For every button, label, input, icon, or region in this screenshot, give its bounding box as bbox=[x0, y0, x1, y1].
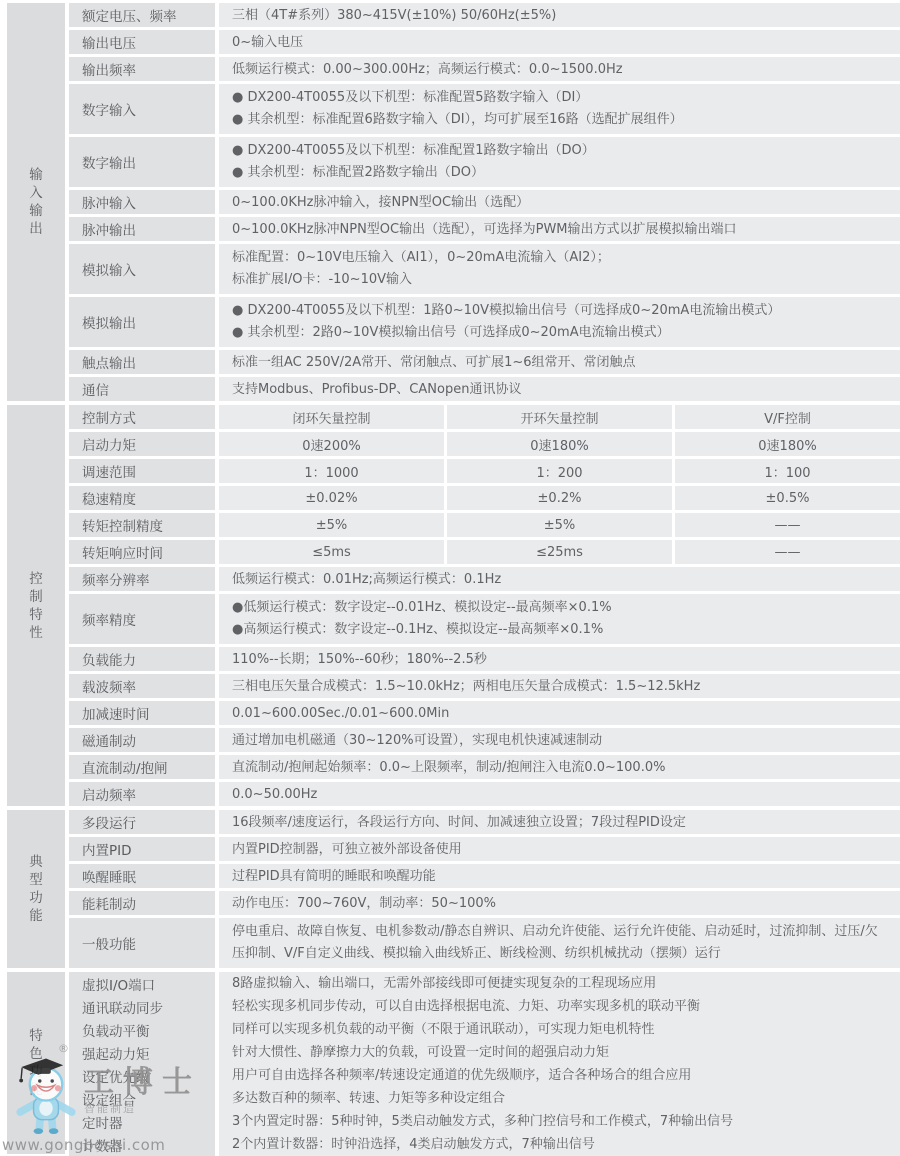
value-cell: ±5% bbox=[219, 513, 444, 537]
value-cell: 16段频率/速度运行，各段运行方向、时间、加减速独立设置；7段过程PID设定 bbox=[219, 810, 900, 834]
value-line: 110%--长期；150%--60秒；180%--2.5秒 bbox=[232, 648, 890, 671]
value-line: 0~输入电压 bbox=[232, 31, 890, 54]
value-cell: 110%--长期；150%--60秒；180%--2.5秒 bbox=[219, 647, 900, 671]
value-cell: —— bbox=[675, 513, 900, 537]
param-cell: 模拟输入 bbox=[69, 244, 215, 294]
value-line: 三相（4T#系列）380~415V(±10%) 50/60Hz(±5%) bbox=[232, 4, 890, 27]
value-cell: 0~100.0KHz脉冲NPN型OC输出（选配），可选择为PWM输出方式以扩展模… bbox=[219, 217, 900, 241]
param-cell: 通信 bbox=[69, 377, 215, 401]
value-cell: 闭环矢量控制 bbox=[219, 405, 444, 429]
spec-row: 加减速时间0.01~600.00Sec./0.01~600.0Min bbox=[69, 701, 900, 725]
value-cell: 针对大惯性、静摩擦力大的负载，可设置一定时间的超强启动力矩 bbox=[219, 1041, 900, 1064]
spec-row: 频率精度●低频运行模式：数字设定--0.01Hz、模拟设定--最高频率×0.1%… bbox=[69, 594, 900, 644]
value-cell: 0.01~600.00Sec./0.01~600.0Min bbox=[219, 701, 900, 725]
spec-row: 能耗制动动作电压：700~760V，制动率：50~100% bbox=[69, 891, 900, 915]
value-cell: 3个内置定时器：5种时钟，5类启动触发方式，多种门控信号和工作模式，7种输出信号 bbox=[219, 1110, 900, 1133]
value-cells: 闭环矢量控制开环矢量控制V/F控制 bbox=[219, 405, 900, 429]
spec-row: 载波频率三相电压矢量合成模式：1.5~10.0kHz；两相电压矢量合成模式：1.… bbox=[69, 674, 900, 698]
value-line: 低频运行模式：0.00~300.00Hz；高频运行模式：0.0~1500.0Hz bbox=[232, 58, 890, 81]
param-cell: 启动频率 bbox=[69, 782, 215, 806]
value-cell: 动作电压：700~760V，制动率：50~100% bbox=[219, 891, 900, 915]
param-cell: 计数器 bbox=[69, 1133, 215, 1156]
group-label-char: 出 bbox=[29, 221, 43, 237]
value-cell: 0速180% bbox=[675, 432, 900, 456]
value-cell: 标准配置：0~10V电压输入（AI1），0~20mA电流输入（AI2）；标准扩展… bbox=[219, 244, 900, 294]
value-cell: —— bbox=[675, 540, 900, 564]
value-line: 轻松实现多机同步传动，可以自由选择根据电流、力矩、功率实现多机的联动平衡 bbox=[232, 995, 890, 1018]
spec-row: 模拟输出● DX200-4T0055及以下机型：1路0~10V模拟输出信号（可选… bbox=[69, 297, 900, 347]
spec-row: 多段运行16段频率/速度运行，各段运行方向、时间、加减速独立设置；7段过程PID… bbox=[69, 810, 900, 834]
param-cell: 通讯联动同步 bbox=[69, 995, 215, 1018]
param-cell: 输出频率 bbox=[69, 57, 215, 81]
param-cell: 强起动力矩 bbox=[69, 1041, 215, 1064]
value-cell: 0速180% bbox=[447, 432, 672, 456]
value-cell: 低频运行模式：0.00~300.00Hz；高频运行模式：0.0~1500.0Hz bbox=[219, 57, 900, 81]
value-cell: ≤5ms bbox=[219, 540, 444, 564]
value-cell: 三相电压矢量合成模式：1.5~10.0kHz；两相电压矢量合成模式：1.5~12… bbox=[219, 674, 900, 698]
spec-row: 虚拟I/O端口8路虚拟输入、输出端口，无需外部接线即可便捷实现复杂的工程现场应用 bbox=[69, 972, 900, 993]
value-cell: 0.0~50.00Hz bbox=[219, 782, 900, 806]
group-label-char: 控 bbox=[29, 571, 43, 587]
value-cell: ±0.2% bbox=[447, 486, 672, 510]
value-cell: 1：1000 bbox=[219, 459, 444, 483]
param-cell: 内置PID bbox=[69, 837, 215, 861]
value-line: 0~100.0KHz脉冲输入，接NPN型OC输出（选配） bbox=[232, 191, 890, 214]
section-group-label: 典型功能 bbox=[7, 810, 65, 968]
value-line: 内置PID控制器，可独立被外部设备使用 bbox=[232, 838, 890, 861]
group-label-char: 性 bbox=[29, 625, 43, 641]
spec-row: 直流制动/抱闸直流制动/抱闸起始频率：0.0~上限频率，制动/抱闸注入电流0.0… bbox=[69, 755, 900, 779]
value-line: 低频运行模式：0.01Hz;高频运行模式：0.1Hz bbox=[232, 568, 890, 591]
param-cell: 调速范围 bbox=[69, 459, 215, 483]
value-line: ● DX200-4T0055及以下机型：标准配置5路数字输入（DI） bbox=[232, 87, 890, 109]
value-cell: 2个内置计数器：时钟沿选择，4类启动触发方式，7种输出信号 bbox=[219, 1133, 900, 1156]
spec-row: 负载能力110%--长期；150%--60秒；180%--2.5秒 bbox=[69, 647, 900, 671]
value-line: 2个内置计数器：时钟沿选择，4类启动触发方式，7种输出信号 bbox=[232, 1133, 890, 1156]
value-line: 支持Modbus、Profibus-DP、CANopen通讯协议 bbox=[232, 378, 890, 401]
group-label-char: 功 bbox=[29, 890, 43, 906]
value-line: ● 其余机型：标准配置2路数字输出（DO） bbox=[232, 162, 890, 184]
spec-row: 数字输出● DX200-4T0055及以下机型：标准配置1路数字输出（DO）● … bbox=[69, 137, 900, 187]
section-group-label: 控制特性 bbox=[7, 405, 65, 806]
value-line: ● DX200-4T0055及以下机型：标准配置1路数字输出（DO） bbox=[232, 140, 890, 162]
value-cell: 标准一组AC 250V/2A常开、常闭触点、可扩展1~6组常开、常闭触点 bbox=[219, 350, 900, 374]
param-cell: 脉冲输出 bbox=[69, 217, 215, 241]
value-cell: ● DX200-4T0055及以下机型：标准配置1路数字输出（DO）● 其余机型… bbox=[219, 137, 900, 187]
group-label-char: 入 bbox=[29, 185, 43, 201]
value-cell: 停电重启、故障自恢复、电机参数动/静态自辨识、启动允许使能、运行允许使能、启动延… bbox=[219, 918, 900, 968]
value-line: ●高频运行模式：数字设定--0.1Hz、模拟设定--最高频率×0.1% bbox=[232, 619, 890, 641]
spec-row: 频率分辨率低频运行模式：0.01Hz;高频运行模式：0.1Hz bbox=[69, 567, 900, 591]
value-cells: ≤5ms≤25ms—— bbox=[219, 540, 900, 564]
spec-row: 额定电压、频率三相（4T#系列）380~415V(±10%) 50/60Hz(±… bbox=[69, 3, 900, 27]
spec-row: 通信支持Modbus、Profibus-DP、CANopen通讯协议 bbox=[69, 377, 900, 401]
value-cell: 0~输入电压 bbox=[219, 30, 900, 54]
value-line: 标准配置：0~10V电压输入（AI1），0~20mA电流输入（AI2）； bbox=[232, 247, 890, 269]
value-line: ● 其余机型：2路0~10V模拟输出信号（可选择成0~20mA电流输出模式） bbox=[232, 322, 890, 344]
spec-section: 输入输出额定电压、频率三相（4T#系列）380~415V(±10%) 50/60… bbox=[7, 3, 900, 401]
value-line: ●低频运行模式：数字设定--0.01Hz、模拟设定--最高频率×0.1% bbox=[232, 597, 890, 619]
param-cell: 频率精度 bbox=[69, 594, 215, 644]
value-cell: ● DX200-4T0055及以下机型：1路0~10V模拟输出信号（可选择成0~… bbox=[219, 297, 900, 347]
spec-row: 内置PID内置PID控制器，可独立被外部设备使用 bbox=[69, 837, 900, 861]
value-line: 0.0~50.00Hz bbox=[232, 783, 890, 806]
group-label-char: 制 bbox=[29, 589, 43, 605]
param-cell: 设定组合 bbox=[69, 1087, 215, 1110]
value-cell: ±0.02% bbox=[219, 486, 444, 510]
group-label-char: 特 bbox=[29, 607, 43, 623]
value-cell: 三相（4T#系列）380~415V(±10%) 50/60Hz(±5%) bbox=[219, 3, 900, 27]
param-cell: 启动力矩 bbox=[69, 432, 215, 456]
value-cell: 1：100 bbox=[675, 459, 900, 483]
value-line: 0.01~600.00Sec./0.01~600.0Min bbox=[232, 702, 890, 725]
spec-row: 模拟输入标准配置：0~10V电压输入（AI1），0~20mA电流输入（AI2）；… bbox=[69, 244, 900, 294]
group-label-char: 输 bbox=[29, 203, 43, 219]
value-line: 多达数百种的频率、转速、力矩等多种设定组合 bbox=[232, 1087, 890, 1110]
value-cell: 过程PID具有简明的睡眠和唤醒功能 bbox=[219, 864, 900, 888]
value-cell: 多达数百种的频率、转速、力矩等多种设定组合 bbox=[219, 1087, 900, 1110]
spec-row: 调速范围1：10001：2001：100 bbox=[69, 459, 900, 483]
param-cell: 输出电压 bbox=[69, 30, 215, 54]
value-cells: 0速200%0速180%0速180% bbox=[219, 432, 900, 456]
spec-row: 磁通制动通过增加电机磁通（30~120%可设置），实现电机快速减速制动 bbox=[69, 728, 900, 752]
spec-section: 特色功能虚拟I/O端口8路虚拟输入、输出端口，无需外部接线即可便捷实现复杂的工程… bbox=[7, 972, 900, 1154]
param-cell: 脉冲输入 bbox=[69, 190, 215, 214]
value-cell: 支持Modbus、Profibus-DP、CANopen通讯协议 bbox=[219, 377, 900, 401]
param-cell: 稳速精度 bbox=[69, 486, 215, 510]
param-cell: 能耗制动 bbox=[69, 891, 215, 915]
section-group-label: 输入输出 bbox=[7, 3, 65, 401]
group-label-char: 功 bbox=[29, 1064, 43, 1080]
spec-section: 控制特性控制方式闭环矢量控制开环矢量控制V/F控制启动力矩0速200%0速180… bbox=[7, 405, 900, 806]
spec-section: 典型功能多段运行16段频率/速度运行，各段运行方向、时间、加减速独立设置；7段过… bbox=[7, 810, 900, 968]
value-cell: ●低频运行模式：数字设定--0.01Hz、模拟设定--最高频率×0.1%●高频运… bbox=[219, 594, 900, 644]
param-cell: 定时器 bbox=[69, 1110, 215, 1133]
spec-row: 定时器3个内置定时器：5种时钟，5类启动触发方式，多种门控信号和工作模式，7种输… bbox=[69, 1110, 900, 1131]
spec-row: 控制方式闭环矢量控制开环矢量控制V/F控制 bbox=[69, 405, 900, 429]
section-rows: 控制方式闭环矢量控制开环矢量控制V/F控制启动力矩0速200%0速180%0速1… bbox=[69, 405, 900, 806]
value-cell: V/F控制 bbox=[675, 405, 900, 429]
value-line: 直流制动/抱闸起始频率：0.0~上限频率，制动/抱闸注入电流0.0~100.0% bbox=[232, 756, 890, 779]
param-cell: 转矩响应时间 bbox=[69, 540, 215, 564]
value-line: 标准一组AC 250V/2A常开、常闭触点、可扩展1~6组常开、常闭触点 bbox=[232, 351, 890, 374]
value-cell: 低频运行模式：0.01Hz;高频运行模式：0.1Hz bbox=[219, 567, 900, 591]
group-label-char: 能 bbox=[29, 908, 43, 924]
value-cell: 同样可以实现多机负载的动平衡（不限于通讯联动），可实现力矩电机特性 bbox=[219, 1018, 900, 1041]
param-cell: 磁通制动 bbox=[69, 728, 215, 752]
param-cell: 加减速时间 bbox=[69, 701, 215, 725]
value-line: 停电重启、故障自恢复、电机参数动/静态自辨识、启动允许使能、运行允许使能、启动延… bbox=[232, 921, 890, 965]
value-cell: 0~100.0KHz脉冲输入，接NPN型OC输出（选配） bbox=[219, 190, 900, 214]
value-cell: 内置PID控制器，可独立被外部设备使用 bbox=[219, 837, 900, 861]
value-line: 三相电压矢量合成模式：1.5~10.0kHz；两相电压矢量合成模式：1.5~12… bbox=[232, 675, 890, 698]
value-line: 针对大惯性、静摩擦力大的负载，可设置一定时间的超强启动力矩 bbox=[232, 1041, 890, 1064]
value-cell: ● DX200-4T0055及以下机型：标准配置5路数字输入（DI）● 其余机型… bbox=[219, 84, 900, 134]
spec-row: 数字输入● DX200-4T0055及以下机型：标准配置5路数字输入（DI）● … bbox=[69, 84, 900, 134]
value-cell: 1：200 bbox=[447, 459, 672, 483]
value-line: 动作电压：700~760V，制动率：50~100% bbox=[232, 892, 890, 915]
group-label-char: 特 bbox=[29, 1028, 43, 1044]
value-cell: 开环矢量控制 bbox=[447, 405, 672, 429]
spec-row: 计数器2个内置计数器：时钟沿选择，4类启动触发方式，7种输出信号 bbox=[69, 1133, 900, 1154]
param-cell: 设定优先级 bbox=[69, 1064, 215, 1087]
param-cell: 负载动平衡 bbox=[69, 1018, 215, 1041]
spec-row: 一般功能停电重启、故障自恢复、电机参数动/静态自辨识、启动允许使能、运行允许使能… bbox=[69, 918, 900, 968]
value-cells: ±0.02%±0.2%±0.5% bbox=[219, 486, 900, 510]
value-line: 过程PID具有简明的睡眠和唤醒功能 bbox=[232, 865, 890, 888]
value-cell: ±0.5% bbox=[675, 486, 900, 510]
param-cell: 转矩控制精度 bbox=[69, 513, 215, 537]
value-cell: 通过增加电机磁通（30~120%可设置），实现电机快速减速制动 bbox=[219, 728, 900, 752]
value-cell: 用户可自由选择各种频率/转速设定通道的优先级顺序，适合各种场合的组合应用 bbox=[219, 1064, 900, 1087]
spec-row: 转矩控制精度±5%±5%—— bbox=[69, 513, 900, 537]
group-label-char: 色 bbox=[29, 1046, 43, 1062]
spec-row: 通讯联动同步轻松实现多机同步传动，可以自由选择根据电流、力矩、功率实现多机的联动… bbox=[69, 995, 900, 1016]
param-cell: 载波频率 bbox=[69, 674, 215, 698]
value-line: ● DX200-4T0055及以下机型：1路0~10V模拟输出信号（可选择成0~… bbox=[232, 300, 890, 322]
spec-row: 唤醒睡眠过程PID具有简明的睡眠和唤醒功能 bbox=[69, 864, 900, 888]
spec-row: 触点输出标准一组AC 250V/2A常开、常闭触点、可扩展1~6组常开、常闭触点 bbox=[69, 350, 900, 374]
param-cell: 额定电压、频率 bbox=[69, 3, 215, 27]
param-cell: 多段运行 bbox=[69, 810, 215, 834]
value-line: 8路虚拟输入、输出端口，无需外部接线即可便捷实现复杂的工程现场应用 bbox=[232, 972, 890, 995]
value-line: 通过增加电机磁通（30~120%可设置），实现电机快速减速制动 bbox=[232, 729, 890, 752]
section-rows: 多段运行16段频率/速度运行，各段运行方向、时间、加减速独立设置；7段过程PID… bbox=[69, 810, 900, 968]
value-line: 3个内置定时器：5种时钟，5类启动触发方式，多种门控信号和工作模式，7种输出信号 bbox=[232, 1110, 890, 1133]
spec-row: 设定优先级用户可自由选择各种频率/转速设定通道的优先级顺序，适合各种场合的组合应… bbox=[69, 1064, 900, 1085]
value-line: 标准扩展I/O卡：-10~10V输入 bbox=[232, 269, 890, 291]
section-rows: 额定电压、频率三相（4T#系列）380~415V(±10%) 50/60Hz(±… bbox=[69, 3, 900, 401]
value-line: ● 其余机型：标准配置6路数字输入（DI），均可扩展至16路（选配扩展组件） bbox=[232, 109, 890, 131]
spec-row: 输出电压0~输入电压 bbox=[69, 30, 900, 54]
spec-row: 强起动力矩针对大惯性、静摩擦力大的负载，可设置一定时间的超强启动力矩 bbox=[69, 1041, 900, 1062]
value-line: 16段频率/速度运行，各段运行方向、时间、加减速独立设置；7段过程PID设定 bbox=[232, 811, 890, 834]
group-label-char: 型 bbox=[29, 872, 43, 888]
value-cell: 0速200% bbox=[219, 432, 444, 456]
value-cell: ≤25ms bbox=[447, 540, 672, 564]
value-line: 同样可以实现多机负载的动平衡（不限于通讯联动），可实现力矩电机特性 bbox=[232, 1018, 890, 1041]
spec-row: 转矩响应时间≤5ms≤25ms—— bbox=[69, 540, 900, 564]
param-cell: 唤醒睡眠 bbox=[69, 864, 215, 888]
section-rows: 虚拟I/O端口8路虚拟输入、输出端口，无需外部接线即可便捷实现复杂的工程现场应用… bbox=[69, 972, 900, 1154]
value-line: 0~100.0KHz脉冲NPN型OC输出（选配），可选择为PWM输出方式以扩展模… bbox=[232, 218, 890, 241]
param-cell: 控制方式 bbox=[69, 405, 215, 429]
param-cell: 直流制动/抱闸 bbox=[69, 755, 215, 779]
spec-row: 设定组合多达数百种的频率、转速、力矩等多种设定组合 bbox=[69, 1087, 900, 1108]
value-cells: 1：10001：2001：100 bbox=[219, 459, 900, 483]
group-label-char: 典 bbox=[29, 854, 43, 870]
param-cell: 数字输入 bbox=[69, 84, 215, 134]
param-cell: 虚拟I/O端口 bbox=[69, 972, 215, 995]
value-cell: 轻松实现多机同步传动，可以自由选择根据电流、力矩、功率实现多机的联动平衡 bbox=[219, 995, 900, 1018]
value-cell: 8路虚拟输入、输出端口，无需外部接线即可便捷实现复杂的工程现场应用 bbox=[219, 972, 900, 995]
spec-row: 输出频率低频运行模式：0.00~300.00Hz；高频运行模式：0.0~1500… bbox=[69, 57, 900, 81]
spec-row: 启动力矩0速200%0速180%0速180% bbox=[69, 432, 900, 456]
spec-row: 启动频率0.0~50.00Hz bbox=[69, 782, 900, 806]
param-cell: 一般功能 bbox=[69, 918, 215, 968]
value-cells: ±5%±5%—— bbox=[219, 513, 900, 537]
spec-row: 脉冲输出0~100.0KHz脉冲NPN型OC输出（选配），可选择为PWM输出方式… bbox=[69, 217, 900, 241]
spec-table: 输入输出额定电压、频率三相（4T#系列）380~415V(±10%) 50/60… bbox=[0, 0, 900, 1154]
value-line: 用户可自由选择各种频率/转速设定通道的优先级顺序，适合各种场合的组合应用 bbox=[232, 1064, 890, 1087]
spec-row: 脉冲输入0~100.0KHz脉冲输入，接NPN型OC输出（选配） bbox=[69, 190, 900, 214]
param-cell: 模拟输出 bbox=[69, 297, 215, 347]
section-group-label: 特色功能 bbox=[7, 972, 65, 1154]
value-cell: ±5% bbox=[447, 513, 672, 537]
param-cell: 触点输出 bbox=[69, 350, 215, 374]
value-cell: 直流制动/抱闸起始频率：0.0~上限频率，制动/抱闸注入电流0.0~100.0% bbox=[219, 755, 900, 779]
param-cell: 数字输出 bbox=[69, 137, 215, 187]
spec-row: 负载动平衡同样可以实现多机负载的动平衡（不限于通讯联动），可实现力矩电机特性 bbox=[69, 1018, 900, 1039]
param-cell: 负载能力 bbox=[69, 647, 215, 671]
spec-row: 稳速精度±0.02%±0.2%±0.5% bbox=[69, 486, 900, 510]
param-cell: 频率分辨率 bbox=[69, 567, 215, 591]
group-label-char: 输 bbox=[29, 167, 43, 183]
group-label-char: 能 bbox=[29, 1082, 43, 1098]
